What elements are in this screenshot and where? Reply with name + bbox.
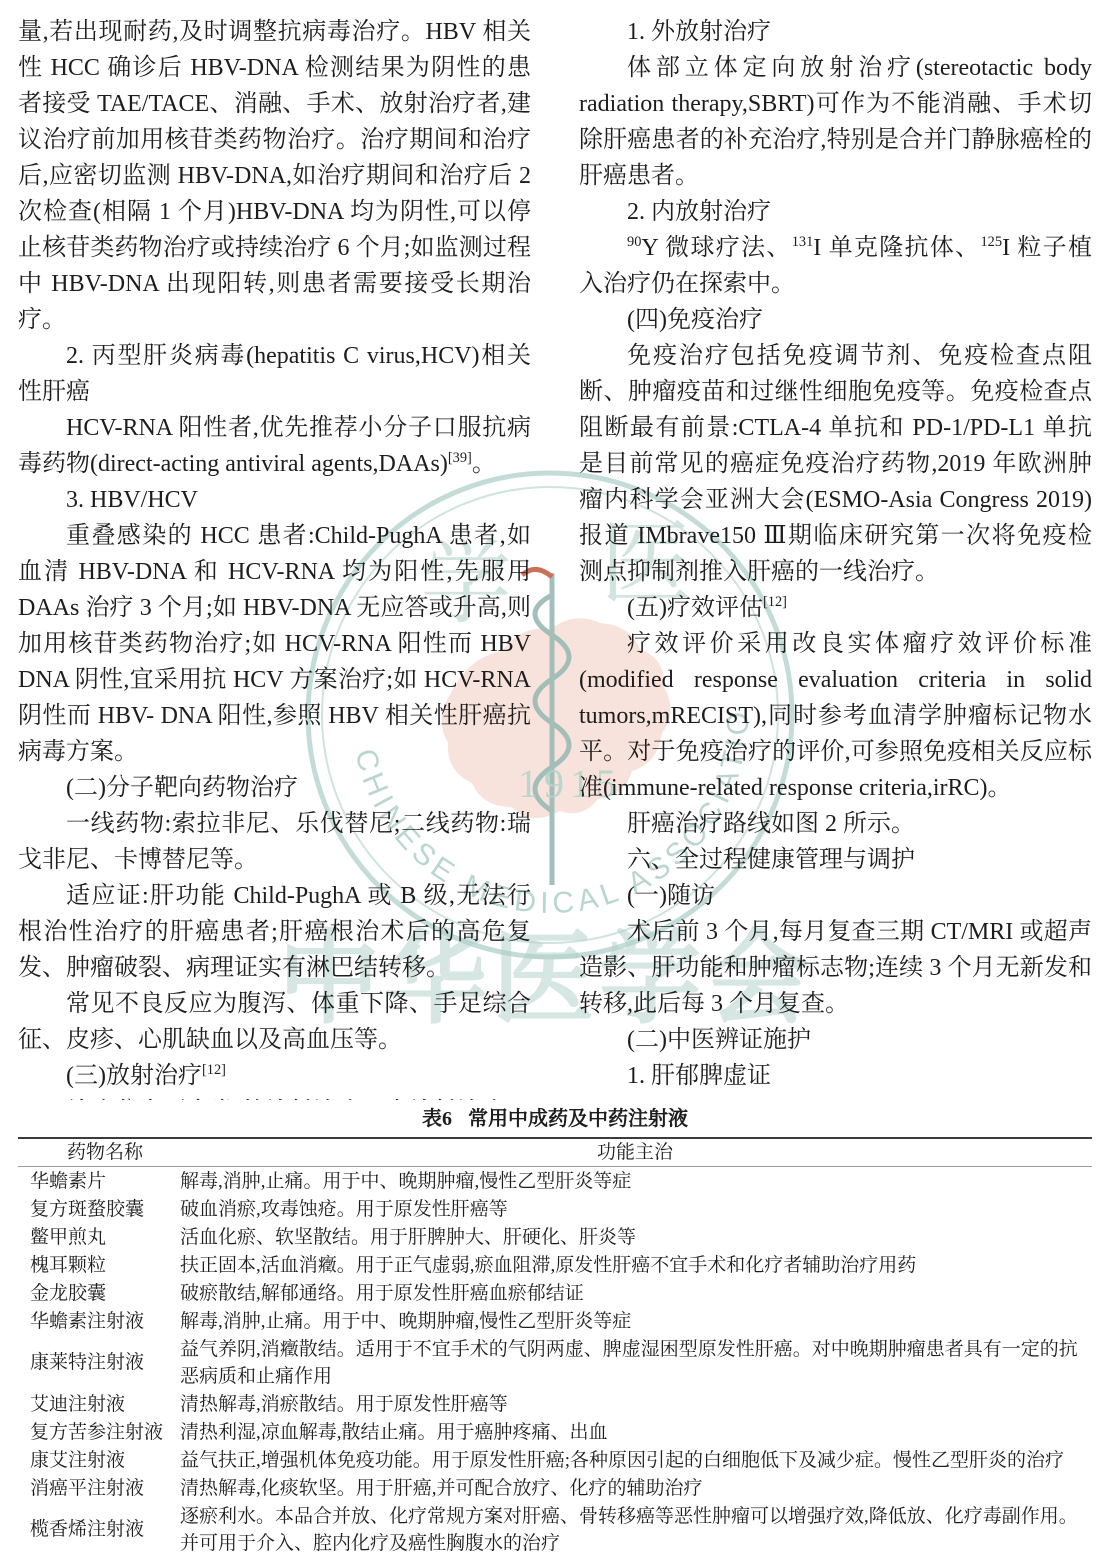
drug-table-header: 药物名称 功能主治 (18, 1138, 1092, 1167)
text-run: 3. HBV/HCV (66, 487, 198, 513)
table-caption: 表6常用中成药及中药注射液 (18, 1106, 1092, 1132)
text-run: 2. 丙型肝炎病毒(hepatitis C virus,HCV)相关性肝癌 (18, 343, 531, 405)
column-right: 1. 外放射治疗体部立体定向放射治疗(stereotactic body rad… (579, 14, 1092, 1100)
text-run: 疗效评价采用改良实体瘤疗效评价标准(modified response eval… (579, 631, 1092, 801)
text-run: 一线药物:索拉非尼、乐伐替尼;二线药物:瑞戈非尼、卡博替尼等。 (18, 811, 531, 873)
text-run: (二)分子靶向药物治疗 (66, 775, 298, 801)
paragraph: 2. 丙型肝炎病毒(hepatitis C virus,HCV)相关性肝癌 (18, 338, 531, 410)
superscript: 125 (980, 234, 1002, 250)
text-run: 。 (472, 451, 496, 477)
drug-name-cell: 艾迪注射液 (18, 1390, 180, 1418)
text-run: 体部立体定向放射治疗(stereotactic body radiation t… (579, 55, 1092, 189)
text-columns: 量,若出现耐药,及时调整抗病毒治疗。HBV 相关性 HCC 确诊后 HBV-DN… (18, 14, 1092, 1100)
table-title: 常用中成药及中药注射液 (468, 1108, 688, 1130)
paragraph: 免疫治疗包括免疫调节剂、免疫检查点阻断、肿瘤疫苗和过继性细胞免疫等。免疫检查点阻… (579, 338, 1092, 590)
drug-function-cell: 益气养阴,消癥散结。适用于不宜手术的气阴两虚、脾虚湿困型原发性肝癌。对中晚期肿瘤… (180, 1335, 1092, 1390)
text-run: 术后前 3 个月,每月复查三期 CT/MRI 或超声造影、肝功能和肿瘤标志物;连… (579, 919, 1092, 1017)
paragraph: (二)分子靶向药物治疗 (18, 770, 531, 806)
paragraph: HCV-RNA 阳性者,优先推荐小分子口服抗病毒药物(direct-acting… (18, 410, 531, 482)
text-run: 1. 肝郁脾虚证 (627, 1063, 771, 1089)
superscript: [39] (448, 450, 472, 466)
paragraph: 肝癌治疗路线如图 2 所示。 (579, 806, 1092, 842)
table-row: 消癌平注射液清热解毒,化痰软坚。用于肝癌,并可配合放疗、化疗的辅助治疗 (18, 1474, 1092, 1502)
table-row: 华蟾素片解毒,消肿,止痛。用于中、晚期肿瘤,慢性乙型肝炎等症 (18, 1167, 1092, 1196)
text-run: (四)免疫治疗 (627, 307, 763, 333)
paragraph: (三)放射治疗[12] (18, 1058, 531, 1094)
drug-table-body: 华蟾素片解毒,消肿,止痛。用于中、晚期肿瘤,慢性乙型肝炎等症复方斑蝥胶囊破血消瘀… (18, 1167, 1092, 1554)
text-run: I 单克隆抗体、 (813, 235, 980, 261)
drug-function-cell: 逐瘀利水。本品合并放、化疗常规方案对肝癌、骨转移癌等恶性肿瘤可以增强疗效,降低放… (180, 1502, 1092, 1554)
drug-table: 药物名称 功能主治 华蟾素片解毒,消肿,止痛。用于中、晚期肿瘤,慢性乙型肝炎等症… (18, 1137, 1092, 1554)
table-row: 复方斑蝥胶囊破血消瘀,攻毒蚀疮。用于原发性肝癌等 (18, 1195, 1092, 1223)
drug-function-cell: 解毒,消肿,止痛。用于中、晚期肿瘤,慢性乙型肝炎等症 (180, 1307, 1092, 1335)
drug-function-cell: 清热解毒,消瘀散结。用于原发性肝癌等 (180, 1390, 1092, 1418)
table-row: 复方苦参注射液清热利湿,凉血解毒,散结止痛。用于癌肿疼痛、出血 (18, 1418, 1092, 1446)
table-row: 康艾注射液益气扶正,增强机体免疫功能。用于原发性肝癌;各种原因引起的白细胞低下及… (18, 1446, 1092, 1474)
text-run: 重叠感染的 HCC 患者:Child-PughA 患者,如血清 HBV-DNA … (18, 523, 531, 765)
table-row: 艾迪注射液清热解毒,消瘀散结。用于原发性肝癌等 (18, 1390, 1092, 1418)
drug-name-cell: 鳖甲煎丸 (18, 1223, 180, 1251)
column-left: 量,若出现耐药,及时调整抗病毒治疗。HBV 相关性 HCC 确诊后 HBV-DN… (18, 14, 531, 1100)
paragraph: 90Y 微球疗法、131I 单克隆抗体、125I 粒子植入治疗仍在探索中。 (579, 230, 1092, 302)
paragraph: 1. 外放射治疗 (579, 14, 1092, 50)
superscript: [12] (202, 1062, 226, 1078)
text-run: 免疫治疗包括免疫调节剂、免疫检查点阻断、肿瘤疫苗和过继性细胞免疫等。免疫检查点阻… (579, 343, 1092, 585)
superscript: 131 (792, 234, 814, 250)
text-run: 六、全过程健康管理与调护 (627, 847, 915, 873)
paragraph: 3. HBV/HCV (18, 482, 531, 518)
text-run: 放疗分为两大类:外放射治疗、内放射治疗。 (66, 1099, 529, 1100)
table-label: 表6 (422, 1108, 452, 1130)
text-run: (二)中医辨证施护 (627, 1027, 811, 1053)
drug-name-cell: 华蟾素注射液 (18, 1307, 180, 1335)
paragraph: (二)中医辨证施护 (579, 1022, 1092, 1058)
drug-function-cell: 扶正固本,活血消癥。用于正气虚弱,瘀血阻滞,原发性肝癌不宜手术和化疗者辅助治疗用… (180, 1251, 1092, 1279)
drug-name-cell: 复方苦参注射液 (18, 1418, 180, 1446)
paragraph: 1. 肝郁脾虚证 (579, 1058, 1092, 1094)
paragraph: 放疗分为两大类:外放射治疗、内放射治疗。 (18, 1094, 531, 1100)
text-run: HCV-RNA 阳性者,优先推荐小分子口服抗病毒药物(direct-acting… (18, 415, 531, 477)
paragraph: 一线药物:索拉非尼、乐伐替尼;二线药物:瑞戈非尼、卡博替尼等。 (18, 806, 531, 878)
paragraph: 疗效评价采用改良实体瘤疗效评价标准(modified response eval… (579, 626, 1092, 806)
drug-name-cell: 康莱特注射液 (18, 1335, 180, 1390)
paragraph: (四)免疫治疗 (579, 302, 1092, 338)
paragraph: 适应证:肝功能 Child-PughA 或 B 级,无法行根治性治疗的肝癌患者;… (18, 878, 531, 986)
text-run: 适应证:肝功能 Child-PughA 或 B 级,无法行根治性治疗的肝癌患者;… (18, 883, 531, 981)
table-row: 槐耳颗粒扶正固本,活血消癥。用于正气虚弱,瘀血阻滞,原发性肝癌不宜手术和化疗者辅… (18, 1251, 1092, 1279)
paragraph: 量,若出现耐药,及时调整抗病毒治疗。HBV 相关性 HCC 确诊后 HBV-DN… (18, 14, 531, 338)
paragraph: 术后前 3 个月,每月复查三期 CT/MRI 或超声造影、肝功能和肿瘤标志物;连… (579, 914, 1092, 1022)
drug-name-cell: 榄香烯注射液 (18, 1502, 180, 1554)
text-run: 常见不良反应为腹泻、体重下降、手足综合征、皮疹、心肌缺血以及高血压等。 (18, 991, 531, 1053)
header-function: 功能主治 (180, 1138, 1092, 1167)
text-run: (三)放射治疗 (66, 1063, 202, 1089)
text-run: 2. 内放射治疗 (627, 199, 771, 225)
paragraph: 常见不良反应为腹泻、体重下降、手足综合征、皮疹、心肌缺血以及高血压等。 (18, 986, 531, 1058)
superscript: [12] (763, 594, 787, 610)
drug-table-block: 表6常用中成药及中药注射液 药物名称 功能主治 华蟾素片解毒,消肿,止痛。用于中… (18, 1106, 1092, 1554)
text-run: (五)疗效评估 (627, 595, 763, 621)
drug-function-cell: 破血消瘀,攻毒蚀疮。用于原发性肝癌等 (180, 1195, 1092, 1223)
header-drug-name: 药物名称 (18, 1138, 180, 1167)
drug-name-cell: 槐耳颗粒 (18, 1251, 180, 1279)
drug-function-cell: 益气扶正,增强机体免疫功能。用于原发性肝癌;各种原因引起的白细胞低下及减少症。慢… (180, 1446, 1092, 1474)
drug-name-cell: 消癌平注射液 (18, 1474, 180, 1502)
paragraph: 2. 内放射治疗 (579, 194, 1092, 230)
paragraph: 体部立体定向放射治疗(stereotactic body radiation t… (579, 50, 1092, 194)
text-run: 1. 外放射治疗 (627, 19, 771, 45)
drug-name-cell: 金龙胶囊 (18, 1279, 180, 1307)
paragraph: (一)随访 (579, 878, 1092, 914)
paragraph: 六、全过程健康管理与调护 (579, 842, 1092, 878)
paragraph: 重叠感染的 HCC 患者:Child-PughA 患者,如血清 HBV-DNA … (18, 518, 531, 770)
drug-name-cell: 华蟾素片 (18, 1167, 180, 1196)
page: 量,若出现耐药,及时调整抗病毒治疗。HBV 相关性 HCC 确诊后 HBV-DN… (0, 0, 1110, 1554)
drug-function-cell: 解毒,消肿,止痛。用于中、晚期肿瘤,慢性乙型肝炎等症 (180, 1167, 1092, 1196)
text-run: Y 微球疗法、 (641, 235, 791, 261)
text-run: 肝癌治疗路线如图 2 所示。 (627, 811, 915, 837)
superscript: 90 (627, 234, 641, 250)
table-row: 鳖甲煎丸活血化瘀、软坚散结。用于肝脾肿大、肝硬化、肝炎等 (18, 1223, 1092, 1251)
text-run: 量,若出现耐药,及时调整抗病毒治疗。HBV 相关性 HCC 确诊后 HBV-DN… (18, 19, 531, 333)
drug-name-cell: 康艾注射液 (18, 1446, 180, 1474)
drug-name-cell: 复方斑蝥胶囊 (18, 1195, 180, 1223)
table-row: 康莱特注射液益气养阴,消癥散结。适用于不宜手术的气阴两虚、脾虚湿困型原发性肝癌。… (18, 1335, 1092, 1390)
table-row: 金龙胶囊破瘀散结,解郁通络。用于原发性肝癌血瘀郁结证 (18, 1279, 1092, 1307)
drug-function-cell: 破瘀散结,解郁通络。用于原发性肝癌血瘀郁结证 (180, 1279, 1092, 1307)
paragraph: (五)疗效评估[12] (579, 590, 1092, 626)
table-row: 华蟾素注射液解毒,消肿,止痛。用于中、晚期肿瘤,慢性乙型肝炎等症 (18, 1307, 1092, 1335)
drug-function-cell: 活血化瘀、软坚散结。用于肝脾肿大、肝硬化、肝炎等 (180, 1223, 1092, 1251)
text-run: (一)随访 (627, 883, 715, 909)
drug-function-cell: 清热解毒,化痰软坚。用于肝癌,并可配合放疗、化疗的辅助治疗 (180, 1474, 1092, 1502)
table-row: 榄香烯注射液逐瘀利水。本品合并放、化疗常规方案对肝癌、骨转移癌等恶性肿瘤可以增强… (18, 1502, 1092, 1554)
drug-function-cell: 清热利湿,凉血解毒,散结止痛。用于癌肿疼痛、出血 (180, 1418, 1092, 1446)
